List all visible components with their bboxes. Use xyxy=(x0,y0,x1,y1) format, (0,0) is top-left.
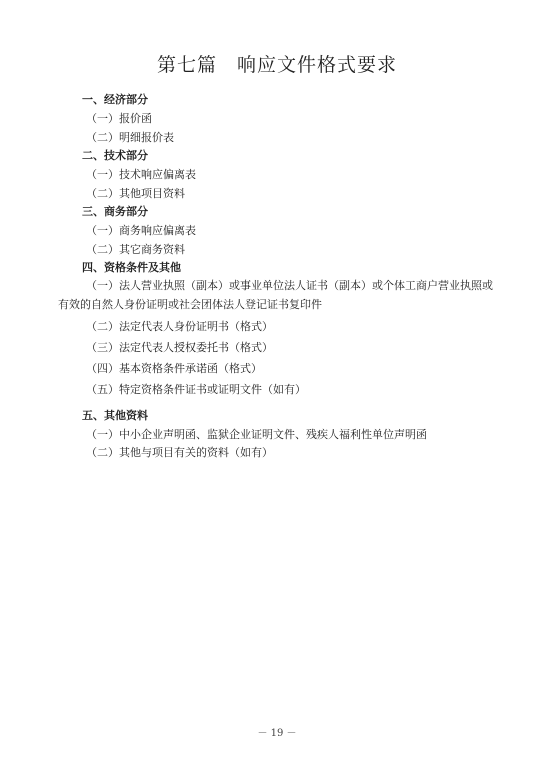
list-item: （二）其他项目资料 xyxy=(86,185,185,201)
page-number: － 19 － xyxy=(0,724,554,739)
list-item: （二）其它商务资料 xyxy=(86,241,185,257)
list-item: （二）明细报价表 xyxy=(86,129,174,145)
list-item: （五）特定资格条件证书或证明文件（如有） xyxy=(86,381,306,397)
list-item-continuation: 有效的自然人身份证明或社会团体法人登记证书复印件 xyxy=(58,296,322,312)
page-title: 第七篇 响应文件格式要求 xyxy=(0,50,554,77)
list-item: （一）技术响应偏离表 xyxy=(86,166,196,182)
list-item: （二）其他与项目有关的资料（如有） xyxy=(86,444,273,460)
list-item: （四）基本资格条件承诺函（格式） xyxy=(86,360,262,376)
section-heading-technical: 二、技术部分 xyxy=(82,147,148,163)
list-item: （一）中小企业声明函、监狱企业证明文件、残疾人福利性单位声明函 xyxy=(86,426,427,442)
list-item: （一）法人营业执照（副本）或事业单位法人证书（副本）或个体工商户营业执照或 xyxy=(86,277,493,293)
document-page: 第七篇 响应文件格式要求 一、经济部分 （一）报价函 （二）明细报价表 二、技术… xyxy=(0,0,554,783)
section-heading-economic: 一、经济部分 xyxy=(82,91,148,107)
section-heading-business: 三、商务部分 xyxy=(82,203,148,219)
list-item: （一）报价函 xyxy=(86,110,152,126)
list-item: （二）法定代表人身份证明书（格式） xyxy=(86,318,273,334)
section-heading-other: 五、其他资料 xyxy=(82,407,148,423)
list-item: （一）商务响应偏离表 xyxy=(86,222,196,238)
section-heading-qualification: 四、资格条件及其他 xyxy=(82,259,181,275)
list-item: （三）法定代表人授权委托书（格式） xyxy=(86,339,273,355)
